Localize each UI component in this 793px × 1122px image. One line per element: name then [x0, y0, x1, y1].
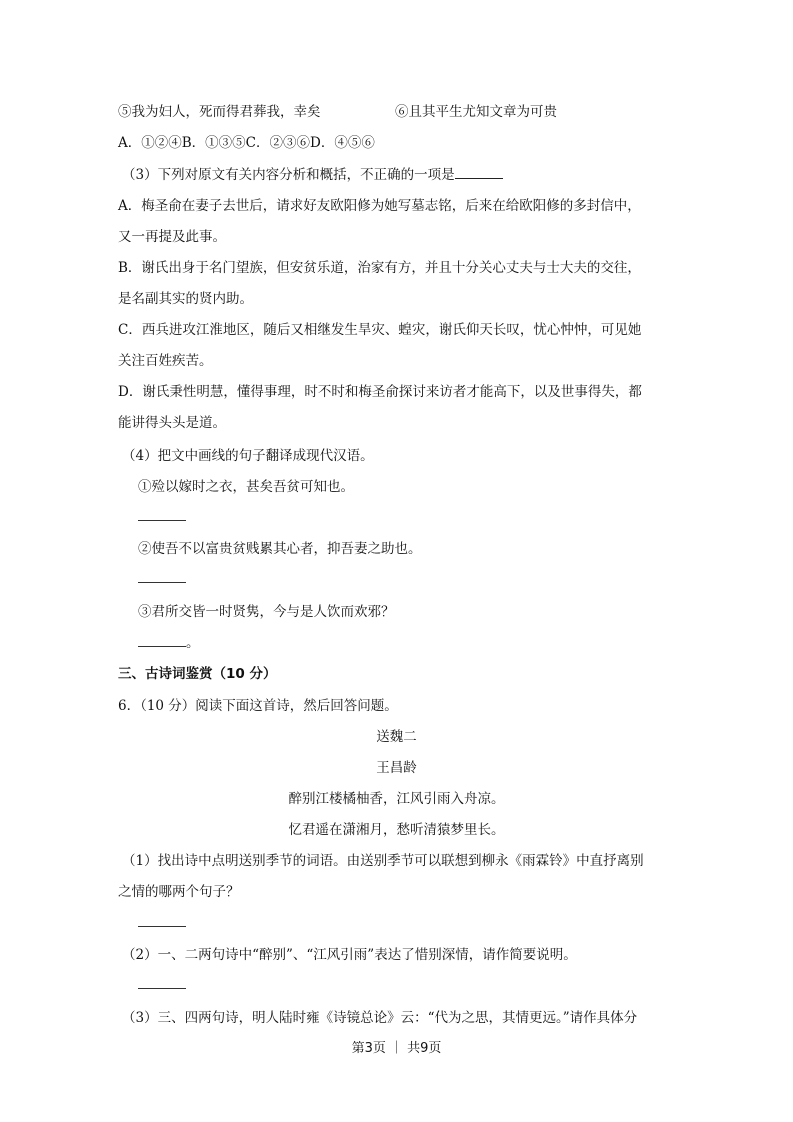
- answer-blank-3[interactable]: [138, 646, 186, 647]
- section-title: 三、古诗词鉴赏（10 分）: [118, 665, 277, 683]
- q5-sub3-prompt: （3）下列对原文有关内容分析和概括，不正确的一项是: [122, 166, 503, 184]
- q5-sub3-prompt-text: （3）下列对原文有关内容分析和概括，不正确的一项是: [122, 167, 455, 183]
- answer-blank-2[interactable]: [138, 582, 186, 583]
- answer-blank[interactable]: [455, 166, 503, 179]
- translate-sentence-1: ①殓以嫁时之衣，甚矣吾贫可知也。: [138, 478, 354, 496]
- translate-sentence-3: ③君所交皆一时贤隽，今与是人饮而欢邪？: [138, 603, 395, 621]
- q6-sub1-line1: （1）找出诗中点明送别季节的词语。由送别季节可以联想到柳永《雨霖铃》中直抒离别: [122, 852, 644, 870]
- choice-a-line2: 又一再提及此事。: [118, 228, 226, 246]
- q6-sub1-line2: 之情的哪两个句子？: [118, 883, 240, 901]
- option-item-5: ⑤我为妇人，死而得君葬我，幸矣: [118, 103, 321, 121]
- choice-b-line2: 是名副其实的贤内助。: [118, 290, 253, 308]
- poem-author: 王昌龄: [0, 759, 793, 777]
- answer-blank-q6-2[interactable]: [138, 988, 186, 989]
- choice-c-line1: C．西兵进攻江淮地区，随后又相继发生旱灾、蝗灾，谢氏仰天长叹，忧心忡忡，可见她: [118, 321, 641, 339]
- choice-a-line1: A．梅圣俞在妻子去世后，请求好友欧阳修为她写墓志铭，后来在给欧阳修的多封信中，: [118, 197, 641, 215]
- q5-choices: A．①②④B．①③⑤C．②③⑥D．④⑤⑥: [118, 134, 375, 152]
- q6-intro: 6．（10 分）阅读下面这首诗，然后回答问题。: [118, 697, 398, 715]
- page-footer: 第3页 ｜ 共9页: [0, 1040, 793, 1058]
- choice-d-line2: 能讲得头头是道。: [118, 414, 226, 432]
- q5-sub4-prompt: （4）把文中画线的句子翻译成现代汉语。: [122, 447, 374, 465]
- end-mark: 。: [186, 634, 200, 652]
- translate-sentence-2: ②使吾不以富贵贫贱累其心者，抑吾妻之助也。: [138, 540, 422, 558]
- poem-line-2: 忆君遥在潇湘月，愁听清猿梦里长。: [0, 821, 793, 839]
- poem-title: 送魏二: [0, 728, 793, 746]
- choice-c-line2: 关注百姓疾苦。: [118, 352, 213, 370]
- answer-blank-q6-1[interactable]: [138, 926, 186, 927]
- choice-d-line1: D．谢氏秉性明慧，懂得事理，时不时和梅圣俞探讨来访者才能高下，以及世事得失，都: [118, 383, 642, 401]
- q6-sub2: （2）一、二两句诗中“醉别”、“江风引雨”表达了惜别深情，请作简要说明。: [122, 946, 577, 964]
- choice-b-line1: B．谢氏出身于名门望族，但安贫乐道，治家有方，并且十分关心丈夫与士大夫的交往，: [118, 259, 641, 277]
- poem-line-1: 醉别江楼橘柚香，江风引雨入舟凉。: [0, 790, 793, 808]
- answer-blank-1[interactable]: [138, 520, 186, 521]
- option-item-6: ⑥且其平生尤知文章为可贵: [395, 103, 557, 121]
- q6-sub3: （3）三、四两句诗，明人陆时雍《诗镜总论》云：“代为之思，其情更远。”请作具体分: [122, 1009, 637, 1027]
